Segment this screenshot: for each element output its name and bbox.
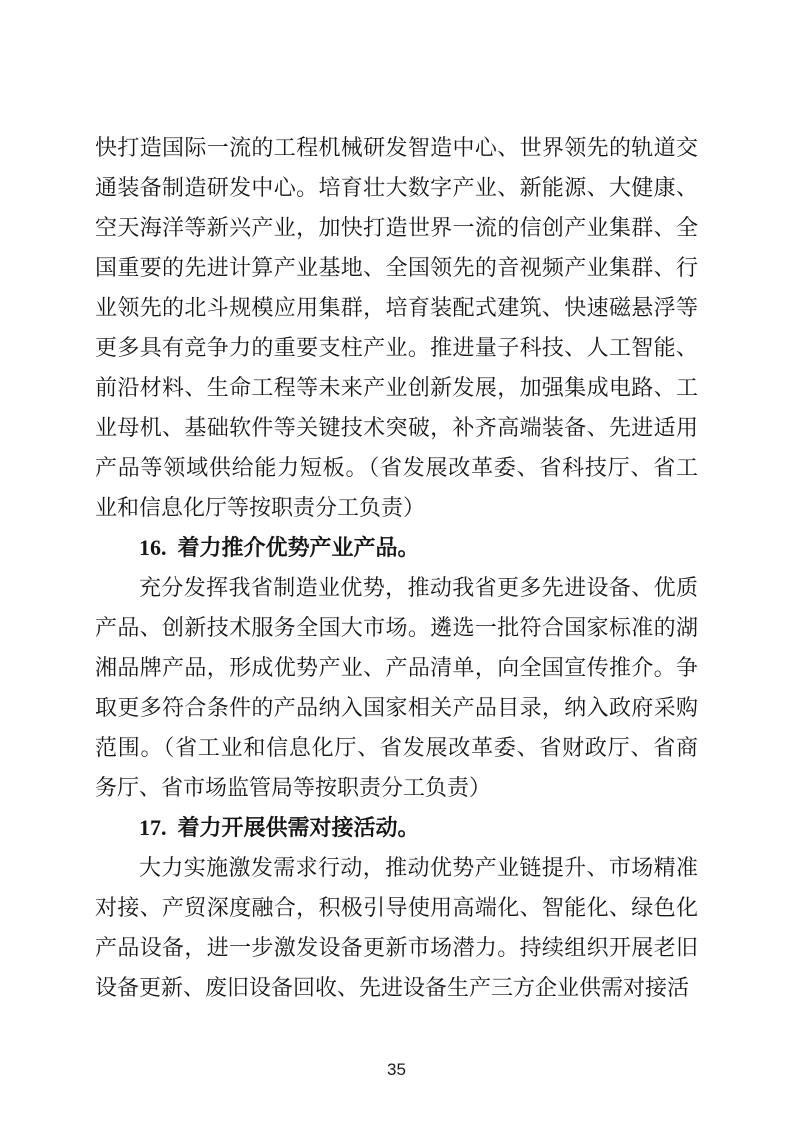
page-number: 35 <box>0 1058 793 1082</box>
section-16-body: 充分发挥我省制造业优势，推动我省更多先进设备、优质产品、创新技术服务全国大市场。… <box>95 568 698 808</box>
text-block: 快打造国际一流的工程机械研发智造中心、世界领先的轨道交通装备制造研发中心。培育壮… <box>95 128 698 1008</box>
section-16-heading-title: 着力推介优势产业产品。 <box>178 535 420 560</box>
section-17-heading-title: 着力开展供需对接活动。 <box>178 815 420 840</box>
section-17-body: 大力实施激发需求行动，推动优势产业链提升、市场精准对接、产贸深度融合，积极引导使… <box>95 848 698 1008</box>
section-17-heading-number: 17. <box>139 815 167 840</box>
section-17-heading: 17.着力开展供需对接活动。 <box>95 808 698 848</box>
document-page: 快打造国际一流的工程机械研发智造中心、世界领先的轨道交通装备制造研发中心。培育壮… <box>0 0 793 1122</box>
section-16-heading: 16.着力推介优势产业产品。 <box>95 528 698 568</box>
paragraph-continuation: 快打造国际一流的工程机械研发智造中心、世界领先的轨道交通装备制造研发中心。培育壮… <box>95 128 698 528</box>
section-16-heading-number: 16. <box>139 535 167 560</box>
